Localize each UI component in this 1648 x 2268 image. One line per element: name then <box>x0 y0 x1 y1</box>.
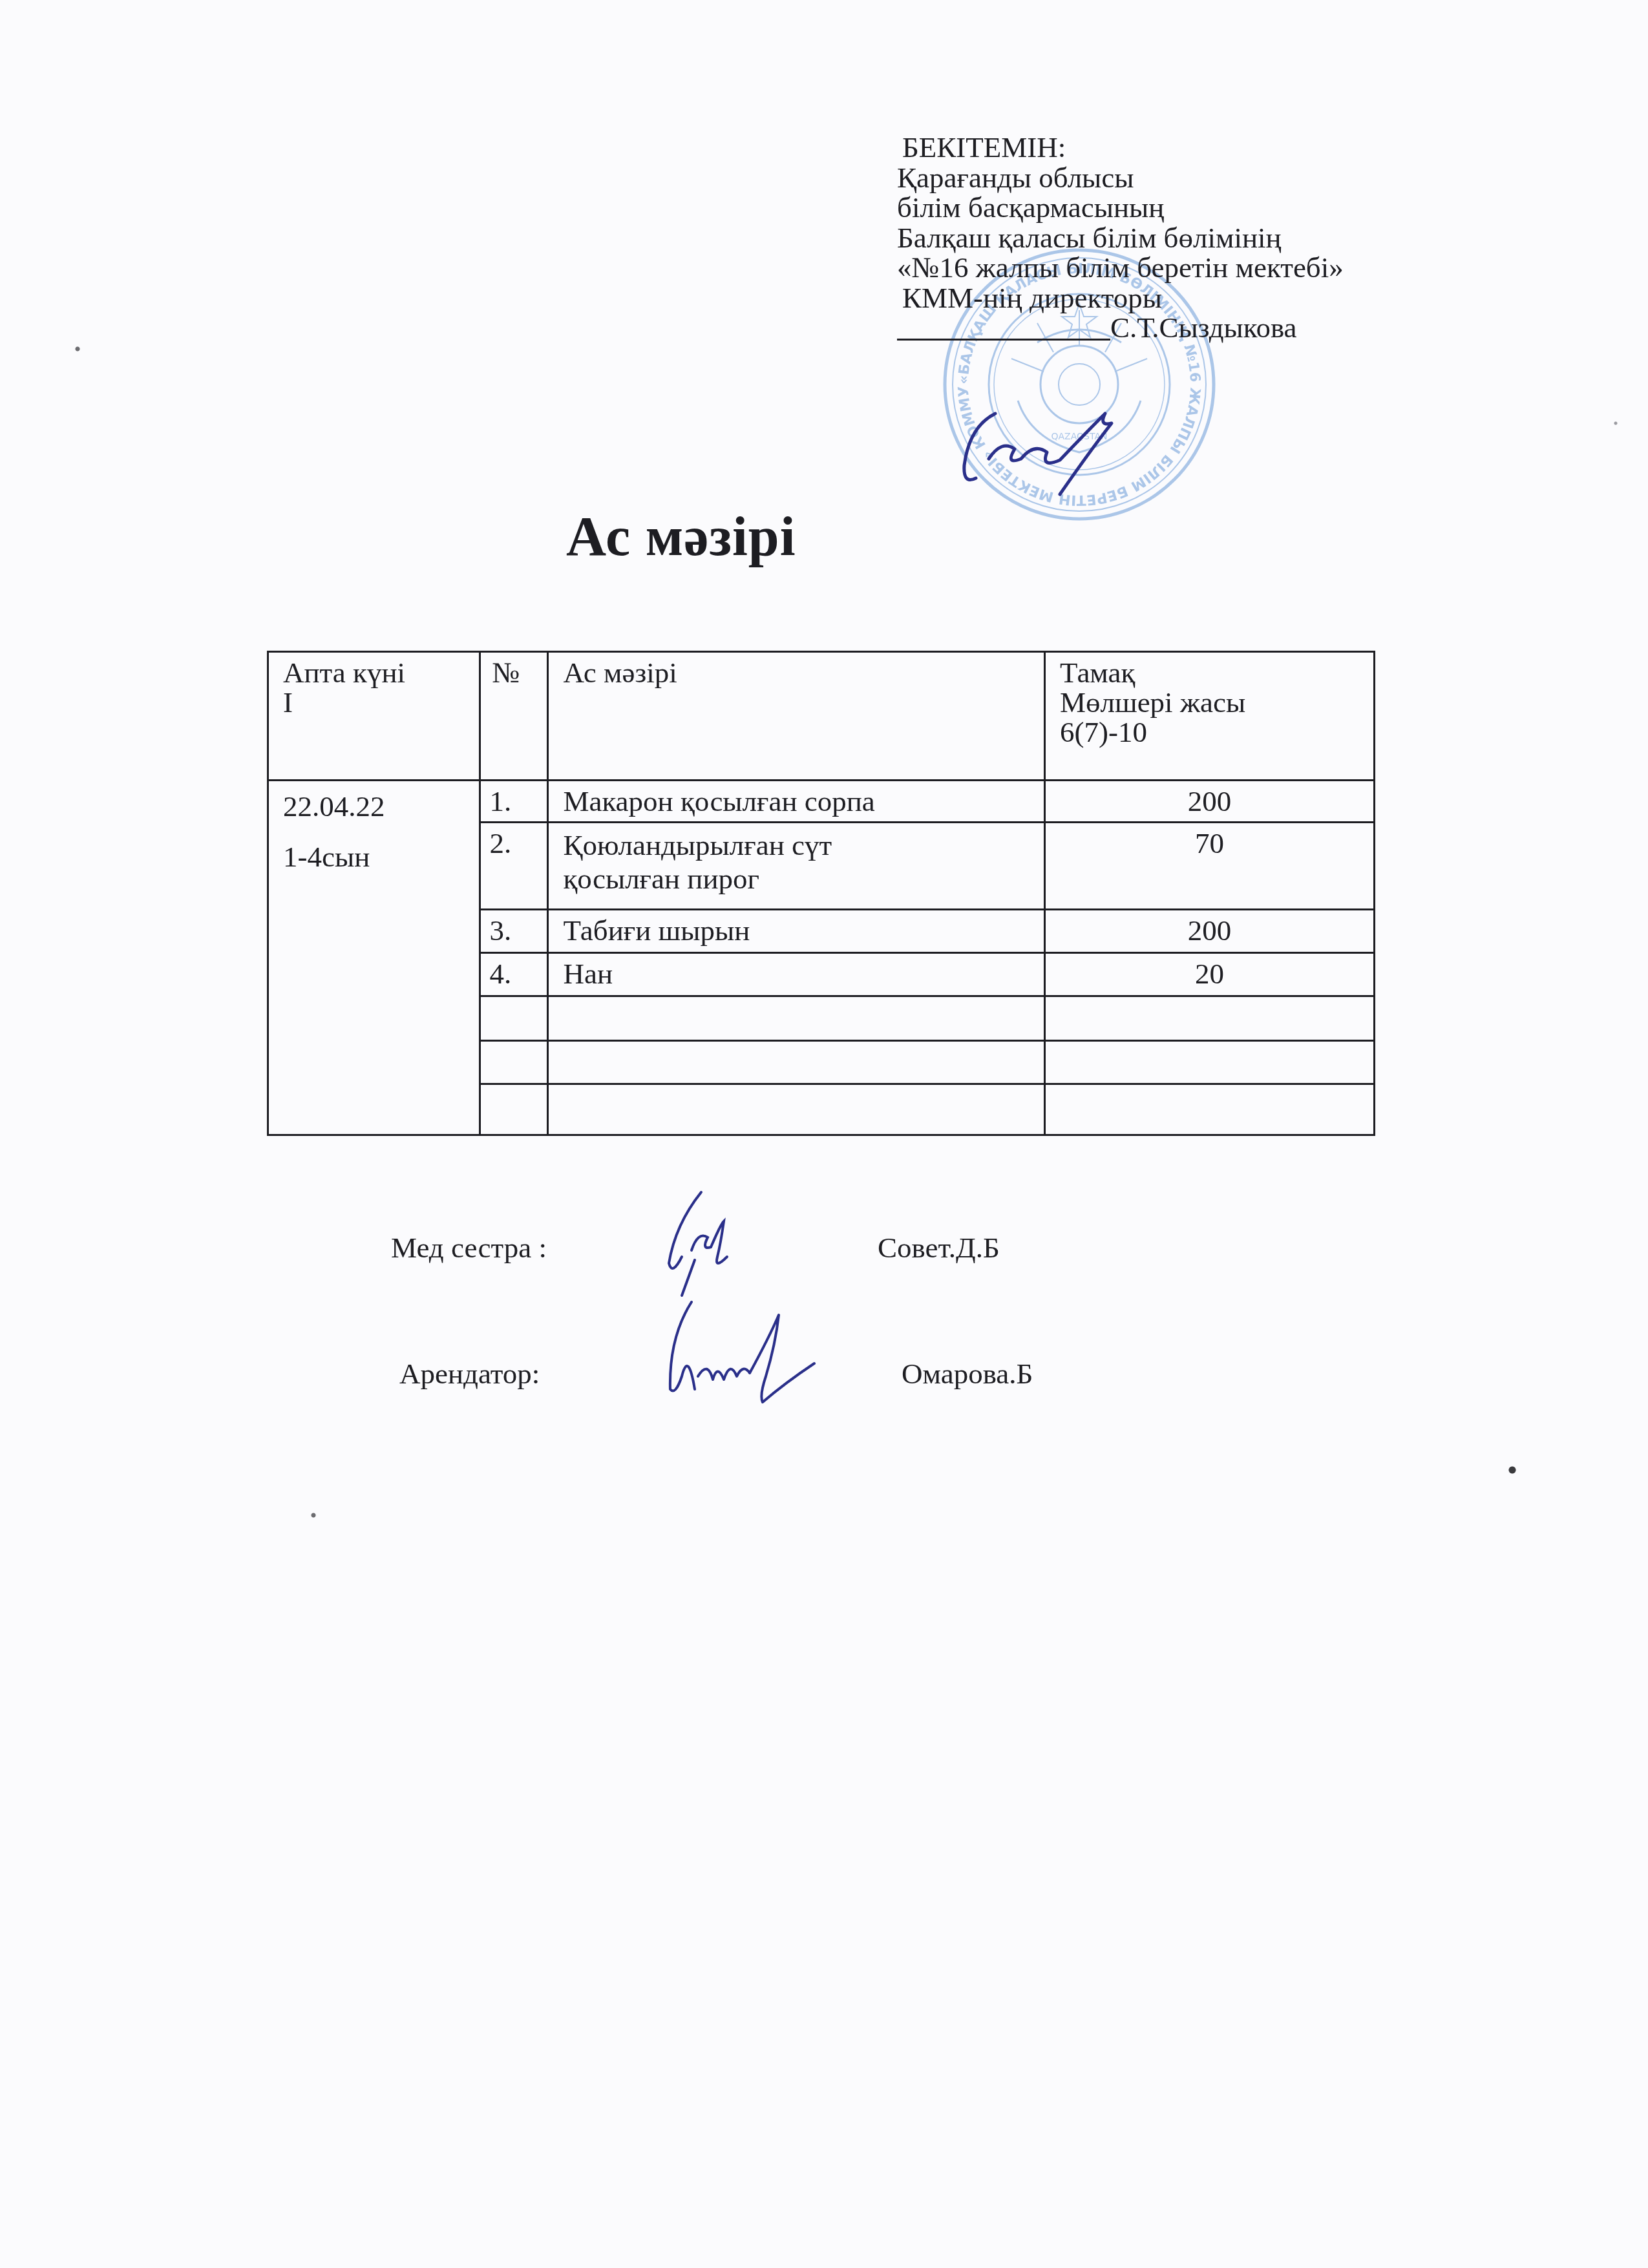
tenant-signature-icon <box>656 1299 824 1405</box>
approval-line-region: Қарағанды облысы <box>897 163 1344 193</box>
dish-amount <box>1045 1084 1375 1135</box>
table-header-row: Апта күні I № Ас мәзірі Тамақ Мөлшері жа… <box>268 652 1375 781</box>
page-title: Ас мәзірі <box>566 504 796 569</box>
header-amount: Тамақ Мөлшері жасы 6(7)-10 <box>1045 652 1375 781</box>
dish-name <box>548 1084 1045 1135</box>
approval-block: БЕКІТЕМІН: Қарағанды облысы білім басқар… <box>897 132 1344 343</box>
header-day: Апта күні I <box>268 652 480 781</box>
dish-name: Табиғи шырын <box>548 910 1045 953</box>
dish-amount <box>1045 996 1375 1041</box>
dish-amount: 200 <box>1045 910 1375 953</box>
approval-line-department: білім басқармасының <box>897 193 1344 223</box>
menu-table: Апта күні I № Ас мәзірі Тамақ Мөлшері жа… <box>267 651 1375 1136</box>
dish-name: Қоюландырылған сүтқосылған пирог <box>548 823 1045 910</box>
menu-date: 22.04.22 <box>283 790 385 823</box>
table-row: 22.04.22 1-4сын 1. Макарон қосылған сорп… <box>268 781 1375 823</box>
dish-amount: 70 <box>1045 823 1375 910</box>
menu-grade: 1-4сын <box>283 841 370 873</box>
nurse-signature-icon <box>656 1186 746 1299</box>
dish-name <box>548 1041 1045 1084</box>
dish-name <box>548 996 1045 1041</box>
header-day-label: Апта күні <box>283 656 405 689</box>
director-signature-line: С.Т.Сыздыкова <box>897 313 1344 343</box>
approval-position: КММ-нің директоры <box>897 283 1344 313</box>
dish-amount <box>1045 1041 1375 1084</box>
header-number: № <box>480 652 548 781</box>
dish-name: Нан <box>548 953 1045 996</box>
row-number: 3. <box>480 910 548 953</box>
approval-heading: БЕКІТЕМІН: <box>897 132 1344 163</box>
row-number: 1. <box>480 781 548 823</box>
signature-blank <box>897 335 1110 341</box>
row-number <box>480 996 548 1041</box>
header-week-number: I <box>283 686 293 719</box>
dish-amount: 200 <box>1045 781 1375 823</box>
director-signature-icon <box>950 388 1144 498</box>
approval-line-school: «№16 жалпы білім беретін мектебі» <box>897 253 1344 283</box>
nurse-name: Совет.Д.Б <box>878 1231 1000 1265</box>
header-menu: Ас мәзірі <box>548 652 1045 781</box>
dish-name: Макарон қосылған сорпа <box>548 781 1045 823</box>
approval-line-city-department: Балқаш қаласы білім бөлімінің <box>897 223 1344 253</box>
tenant-name: Омарова.Б <box>902 1357 1033 1391</box>
row-number: 2. <box>480 823 548 910</box>
dish-amount: 20 <box>1045 953 1375 996</box>
row-number <box>480 1041 548 1084</box>
day-cell: 22.04.22 1-4сын <box>268 781 480 1135</box>
row-number <box>480 1084 548 1135</box>
row-number: 4. <box>480 953 548 996</box>
director-name: С.Т.Сыздыкова <box>1110 313 1297 343</box>
tenant-role-label: Арендатор: <box>399 1357 540 1391</box>
nurse-role-label: Мед сестра : <box>391 1231 547 1265</box>
